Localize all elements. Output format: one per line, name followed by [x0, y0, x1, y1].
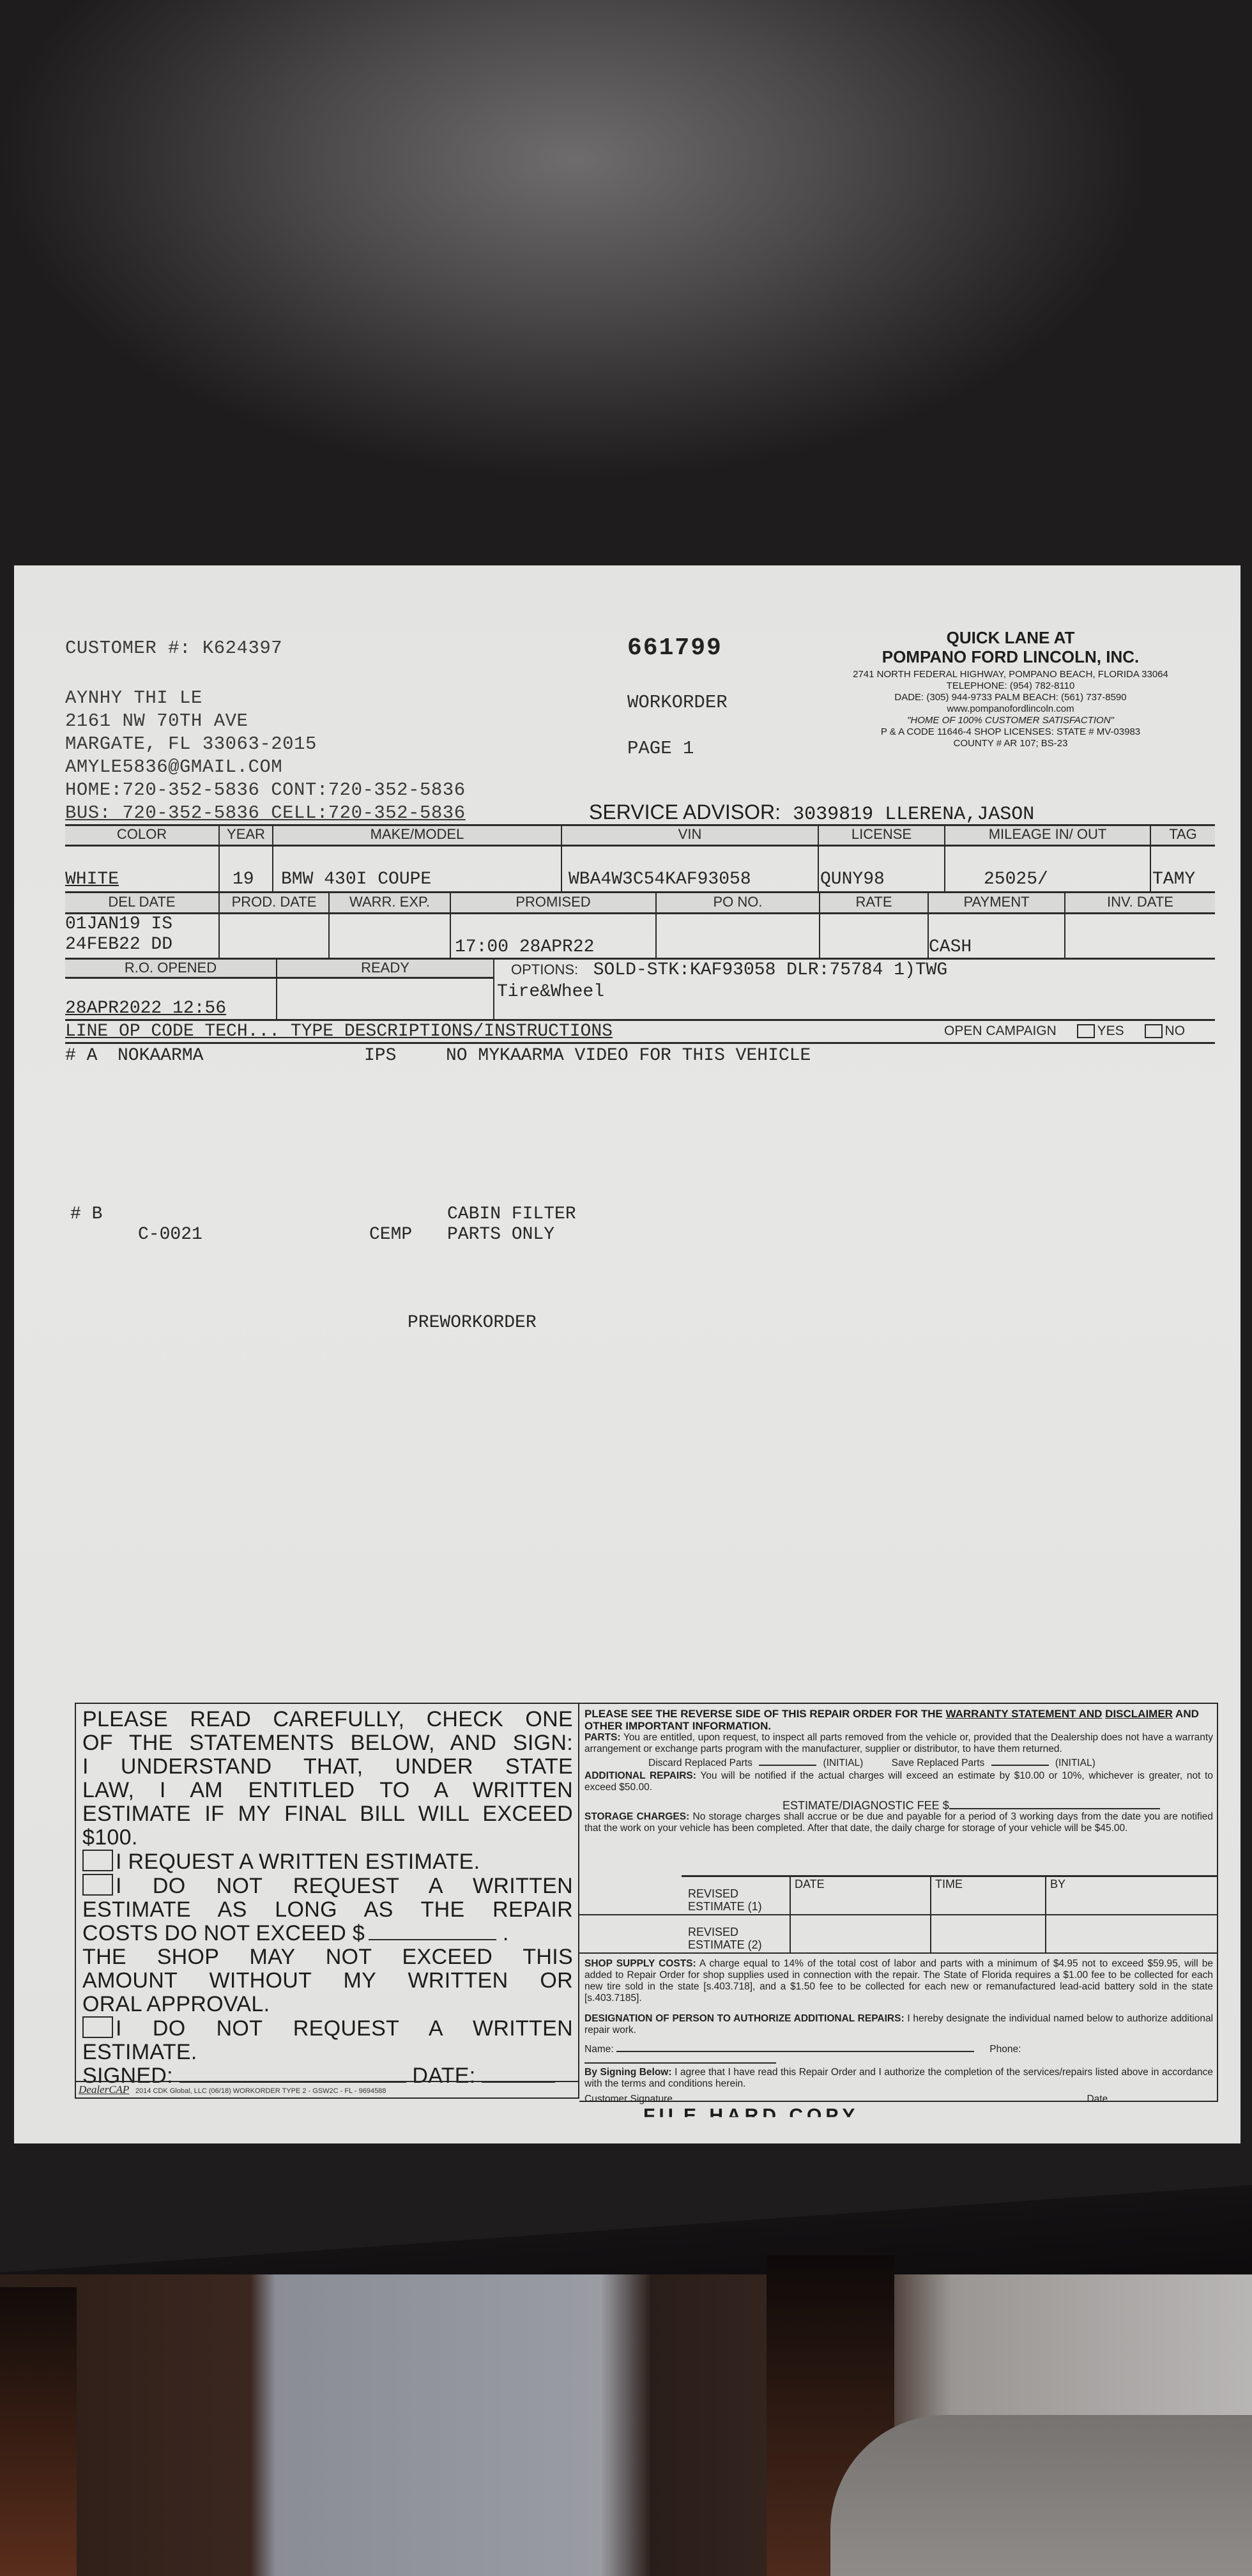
- terms-content-lower: SHOP SUPPLY COSTS: A charge equal to 14%…: [584, 1958, 1213, 2105]
- grid-line: [655, 891, 657, 958]
- estimate-line: ORAL APPROVAL.: [82, 1993, 573, 2016]
- storage-label: STORAGE CHARGES:: [584, 1811, 689, 1822]
- line-b-number: # B: [70, 1204, 102, 1224]
- signing-text: I agree that I have read this Repair Ord…: [584, 2067, 1213, 2089]
- grid-line: [1064, 891, 1065, 958]
- no-estimate-limit-checkbox[interactable]: [82, 1874, 113, 1896]
- revised-2-time[interactable]: [931, 1915, 1046, 1953]
- form-footer: DealerCAP 2014 CDK Global, LLC (06/18) W…: [79, 2083, 386, 2096]
- dealer-name-line2: POMPANO FORD LINCOLN, INC.: [806, 647, 1215, 666]
- revised-1-time[interactable]: TIME: [931, 1876, 1046, 1915]
- reverse-notice-underlined: DISCLAIMER: [1105, 1708, 1173, 1720]
- save-initial-field[interactable]: [991, 1765, 1049, 1766]
- request-estimate-checkbox[interactable]: [82, 1850, 113, 1871]
- customer-phones-1: HOME:720-352-5836 CONT:720-352-5836: [65, 779, 466, 802]
- service-advisor-label: SERVICE ADVISOR:: [589, 801, 781, 824]
- repair-order-sheet: CUSTOMER #: K624397 AYNHY THI LE 2161 NW…: [14, 565, 1241, 2143]
- header-promised: PROMISED: [451, 894, 655, 910]
- phone-label: Phone:: [989, 2044, 1021, 2055]
- grid-line: [272, 824, 273, 891]
- signing-label: By Signing Below:: [584, 2067, 672, 2078]
- dealer-header: QUICK LANE AT POMPANO FORD LINCOLN, INC.…: [806, 628, 1215, 749]
- line-b-op-code: C-0021: [138, 1225, 202, 1245]
- grid-line: [818, 824, 819, 891]
- header-ready: READY: [277, 960, 493, 976]
- header-license: LICENSE: [819, 826, 944, 843]
- vehicle-options: OPTIONS: SOLD-STK:KAF93058 DLR:75784 1)T…: [511, 960, 947, 980]
- file-hard-copy-stamp: FILE HARD COPY: [643, 2105, 859, 2127]
- open-campaign-yes-label: YES: [1097, 1023, 1124, 1038]
- estimate-line: ESTIMATE IF MY FINAL BILL WILL EXCEED: [82, 1802, 573, 1826]
- by-header: BY: [1050, 1878, 1065, 1890]
- vehicle-mileage: 25025/: [984, 870, 1048, 889]
- header-del-date: DEL DATE: [65, 894, 218, 910]
- grid-line: [944, 824, 945, 891]
- estimate-line: ESTIMATE AS LONG AS THE REPAIR: [82, 1898, 573, 1922]
- initial-label: (INITIAL): [823, 1758, 863, 1768]
- grid-line: [493, 958, 494, 1019]
- estimate-fee-field[interactable]: [949, 1808, 1160, 1809]
- discard-initial-field[interactable]: [759, 1765, 816, 1766]
- customer-city-state-zip: MARGATE, FL 33063-2015: [65, 733, 317, 756]
- vehicle-del-date-2: 24FEB22 DD: [65, 935, 172, 954]
- header-vin: VIN: [562, 826, 818, 843]
- customer-number-value: K624397: [202, 638, 282, 659]
- customer-number-label: CUSTOMER #:: [65, 638, 191, 659]
- signing-clause: By Signing Below: I agree that I have re…: [584, 2067, 1213, 2090]
- person-leg-left: [0, 2287, 77, 2576]
- line-a-number: # A: [65, 1046, 97, 1066]
- revised-2-by[interactable]: [1046, 1915, 1217, 1953]
- dealer-telephone: TELEPHONE: (954) 782-8110: [806, 680, 1215, 692]
- time-header: TIME: [935, 1878, 963, 1890]
- open-campaign-yes-checkbox[interactable]: [1077, 1024, 1095, 1038]
- open-campaign-no-checkbox[interactable]: [1145, 1024, 1163, 1038]
- header-year: YEAR: [220, 826, 272, 843]
- form-code: 2014 CDK Global, LLC (06/18) WORKORDER T…: [135, 2087, 386, 2095]
- preworkorder-note: PREWORKORDER: [408, 1313, 537, 1333]
- vehicle-vin: WBA4W3C54KAF93058: [569, 870, 751, 889]
- customer-signature-line: Customer Signature Date: [584, 2094, 1213, 2105]
- save-parts-label: Save Replaced Parts: [892, 1758, 985, 1768]
- dealer-website: www.pompanofordlincoln.com: [806, 703, 1215, 715]
- dealercap-logo: DealerCAP: [79, 2083, 129, 2096]
- options-label: OPTIONS:: [511, 962, 578, 977]
- vehicle-license: QUNY98: [820, 870, 885, 889]
- designee-phone-field[interactable]: [584, 2062, 776, 2064]
- grid-line: [450, 891, 451, 958]
- option-no-estimate-limit: I DO NOT REQUEST A WRITTEN: [82, 1874, 573, 1898]
- reverse-notice-text: PLEASE SEE THE REVERSE SIDE OF THIS REPA…: [584, 1708, 943, 1720]
- header-ro-opened: R.O. OPENED: [65, 960, 276, 976]
- vehicle-color: WHITE: [65, 870, 119, 889]
- estimate-line: $100.: [82, 1826, 573, 1850]
- storage-clause: STORAGE CHARGES: No storage charges shal…: [584, 1811, 1213, 1834]
- vehicle-promised: 17:00 28APR22: [455, 937, 594, 957]
- line-b-type: CEMP: [369, 1225, 412, 1245]
- designation-clause: DESIGNATION OF PERSON TO AUTHORIZE ADDIT…: [584, 2013, 1213, 2036]
- line-item-a: # A: [65, 1046, 97, 1066]
- revised-estimates-table: REVISED ESTIMATE (1) DATE TIME BY REVISE…: [579, 1876, 1217, 1954]
- dealer-slogan: "HOME OF 100% CUSTOMER SATISFACTION": [806, 715, 1215, 726]
- additional-repairs-clause: ADDITIONAL REPAIRS: You will be notified…: [584, 1770, 1213, 1793]
- shop-supply-clause: SHOP SUPPLY COSTS: A charge equal to 14%…: [584, 1958, 1213, 2004]
- parts-initials: Discard Replaced Parts (INITIAL) Save Re…: [648, 1758, 1213, 1769]
- revised-row-1: REVISED ESTIMATE (1) DATE TIME BY: [579, 1876, 1217, 1915]
- vehicle-ro-opened: 28APR2022 12:56: [65, 999, 226, 1018]
- grid-line: [328, 891, 330, 958]
- terms-box: PLEASE SEE THE REVERSE SIDE OF THIS REPA…: [579, 1703, 1218, 2102]
- grid-line: [65, 1042, 1215, 1044]
- discard-parts-label: Discard Replaced Parts: [648, 1758, 752, 1768]
- cost-limit-line: COSTS DO NOT EXCEED $ .: [82, 1922, 573, 1945]
- revised-row-2: REVISED ESTIMATE (2): [579, 1915, 1217, 1953]
- cost-limit-label: COSTS DO NOT EXCEED $: [82, 1921, 365, 1945]
- customer-phones-2: BUS: 720-352-5836 CELL:720-352-5836: [65, 802, 466, 825]
- grid-line: [561, 824, 562, 891]
- vehicle-payment: CASH: [929, 937, 972, 957]
- reverse-notice-underlined: WARRANTY STATEMENT AND: [946, 1708, 1103, 1720]
- vehicle-year: 19: [233, 870, 254, 889]
- revised-estimate-2-label: REVISED ESTIMATE (2): [579, 1915, 790, 1953]
- estimate-fee-label: ESTIMATE/DIAGNOSTIC FEE $: [782, 1799, 949, 1812]
- grid-line: [65, 845, 1215, 847]
- signature-date-field[interactable]: [1111, 2101, 1200, 2102]
- designee-name-field[interactable]: [616, 2051, 974, 2052]
- estimate-line: OF THE STATEMENTS BELOW, AND SIGN:: [82, 1731, 573, 1755]
- parts-label: PARTS:: [584, 1732, 621, 1743]
- dealer-licenses: P & A CODE 11646-4 SHOP LICENSES: STATE …: [806, 726, 1215, 738]
- grid-line: [65, 912, 1215, 914]
- header-warr-exp: WARR. EXP.: [330, 894, 450, 910]
- dealer-name-line1: QUICK LANE AT: [806, 628, 1215, 647]
- line-a-op-code: NOKAARMA: [118, 1046, 203, 1066]
- options-line-2: Tire&Wheel: [497, 982, 604, 1002]
- customer-address: 2161 NW 70TH AVE: [65, 710, 248, 733]
- vehicle-tag: TAMY: [1152, 870, 1195, 889]
- option-request-estimate: I REQUEST A WRITTEN ESTIMATE.: [82, 1850, 573, 1874]
- header-tag: TAG: [1151, 826, 1215, 843]
- ro-number: 661799: [627, 634, 722, 662]
- header-rate: RATE: [820, 894, 928, 910]
- line-b-description-1: CABIN FILTER: [447, 1204, 576, 1224]
- header-prod-date: PROD. DATE: [220, 894, 328, 910]
- revised-1-date[interactable]: DATE: [790, 1876, 931, 1915]
- header-payment: PAYMENT: [929, 894, 1064, 910]
- service-advisor-value: 3039819 LLERENA,JASON: [793, 804, 1034, 825]
- header-inv-date: INV. DATE: [1065, 894, 1215, 910]
- parts-text: You are entitled, upon request, to inspe…: [584, 1732, 1213, 1754]
- header-make-model: MAKE/MODEL: [273, 826, 561, 843]
- service-advisor: SERVICE ADVISOR: 3039819 LLERENA,JASON: [589, 801, 1034, 825]
- options-line-1: SOLD-STK:KAF93058 DLR:75784 1)TWG: [593, 960, 948, 980]
- initial-label: (INITIAL): [1055, 1758, 1095, 1768]
- form-type: WORKORDER: [627, 692, 728, 713]
- vehicle-del-date-1: 01JAN19 IS: [65, 914, 172, 934]
- header-po-no: PO NO.: [657, 894, 819, 910]
- page-number: PAGE 1: [627, 738, 694, 759]
- customer-email: AMYLE5836@GMAIL.COM: [65, 756, 282, 779]
- parts-clause: PARTS: You are entitled, upon request, t…: [584, 1732, 1213, 1755]
- line-a-description: NO MYKAARMA VIDEO FOR THIS VEHICLE: [446, 1046, 811, 1066]
- shop-supply-label: SHOP SUPPLY COSTS:: [584, 1958, 696, 1969]
- dealer-county: COUNTY # AR 107; BS-23: [806, 738, 1215, 749]
- no-estimate-label: I DO NOT REQUEST A WRITTEN: [116, 2016, 573, 2041]
- estimate-line: THE SHOP MAY NOT EXCEED THIS: [82, 1945, 573, 1969]
- option-no-estimate: I DO NOT REQUEST A WRITTEN: [82, 2016, 573, 2041]
- estimate-text: PLEASE READ CAREFULLY, CHECK ONE OF THE …: [82, 1708, 573, 2088]
- header-mileage: MILEAGE IN/ OUT: [945, 826, 1150, 843]
- grid-line: [218, 891, 220, 958]
- grid-line: [218, 824, 220, 891]
- revised-estimate-1-label: REVISED ESTIMATE (1): [579, 1876, 790, 1915]
- designation-label: DESIGNATION OF PERSON TO AUTHORIZE ADDIT…: [584, 2013, 905, 2024]
- estimate-line: LAW, I AM ENTITLED TO A WRITTEN: [82, 1779, 573, 1802]
- estimate-line: PLEASE READ CAREFULLY, CHECK ONE: [82, 1708, 573, 1731]
- name-label: Name:: [584, 2044, 614, 2055]
- estimate-line: I UNDERSTAND THAT, UNDER STATE: [82, 1755, 573, 1779]
- revised-1-by[interactable]: BY: [1046, 1876, 1217, 1915]
- vehicle-make-model: BMW 430I COUPE: [281, 870, 431, 889]
- cost-limit-field[interactable]: [369, 1939, 496, 1940]
- grid-line: [1150, 824, 1151, 891]
- date-header: DATE: [795, 1878, 825, 1890]
- clothing: [830, 2415, 1252, 2576]
- grid-line: [65, 1019, 1215, 1021]
- estimate-line: ESTIMATE.: [82, 2041, 573, 2064]
- date-label: DATE:: [412, 2064, 475, 2088]
- no-estimate-checkbox[interactable]: [82, 2016, 113, 2038]
- additional-repairs-label: ADDITIONAL REPAIRS:: [584, 1770, 696, 1781]
- open-campaign: OPEN CAMPAIGN YES NO: [944, 1023, 1185, 1039]
- customer-number: CUSTOMER #: K624397: [65, 637, 282, 660]
- grid-line: [65, 977, 493, 979]
- dealer-address: 2741 NORTH FEDERAL HIGHWAY, POMPANO BEAC…: [806, 669, 1215, 680]
- line-b-description-2: PARTS ONLY: [447, 1225, 554, 1245]
- no-estimate-limit-label: I DO NOT REQUEST A WRITTEN: [116, 1874, 573, 1898]
- footer-divider: [76, 2081, 578, 2082]
- customer-signature-label: Customer Signature: [584, 2094, 673, 2104]
- dealer-other-phones: DADE: (305) 944-9733 PALM BEACH: (561) 7…: [806, 692, 1215, 703]
- reverse-notice: PLEASE SEE THE REVERSE SIDE OF THIS REPA…: [584, 1708, 1213, 1732]
- request-estimate-label: I REQUEST A WRITTEN ESTIMATE.: [116, 1850, 480, 1874]
- written-estimate-box: PLEASE READ CAREFULLY, CHECK ONE OF THE …: [75, 1703, 579, 2099]
- estimate-fee: ESTIMATE/DIAGNOSTIC FEE $: [782, 1800, 1213, 1811]
- grid-line: [819, 891, 820, 958]
- estimate-line: AMOUNT WITHOUT MY WRITTEN OR: [82, 1969, 573, 1993]
- terms-content: PLEASE SEE THE REVERSE SIDE OF THIS REPA…: [584, 1708, 1213, 1834]
- open-campaign-no-label: NO: [1165, 1023, 1186, 1038]
- lines-header: LINE OP CODE TECH... TYPE DESCRIPTIONS/I…: [65, 1022, 613, 1041]
- designee-fields: Name: Phone:: [584, 2044, 1213, 2067]
- line-a-type: IPS: [364, 1046, 396, 1066]
- customer-name: AYNHY THI LE: [65, 687, 202, 710]
- open-campaign-label: OPEN CAMPAIGN: [944, 1023, 1057, 1038]
- revised-2-date[interactable]: [790, 1915, 931, 1953]
- header-color: COLOR: [65, 826, 218, 843]
- customer-signature-field[interactable]: [675, 2101, 1084, 2102]
- signature-date-label: Date: [1087, 2094, 1108, 2104]
